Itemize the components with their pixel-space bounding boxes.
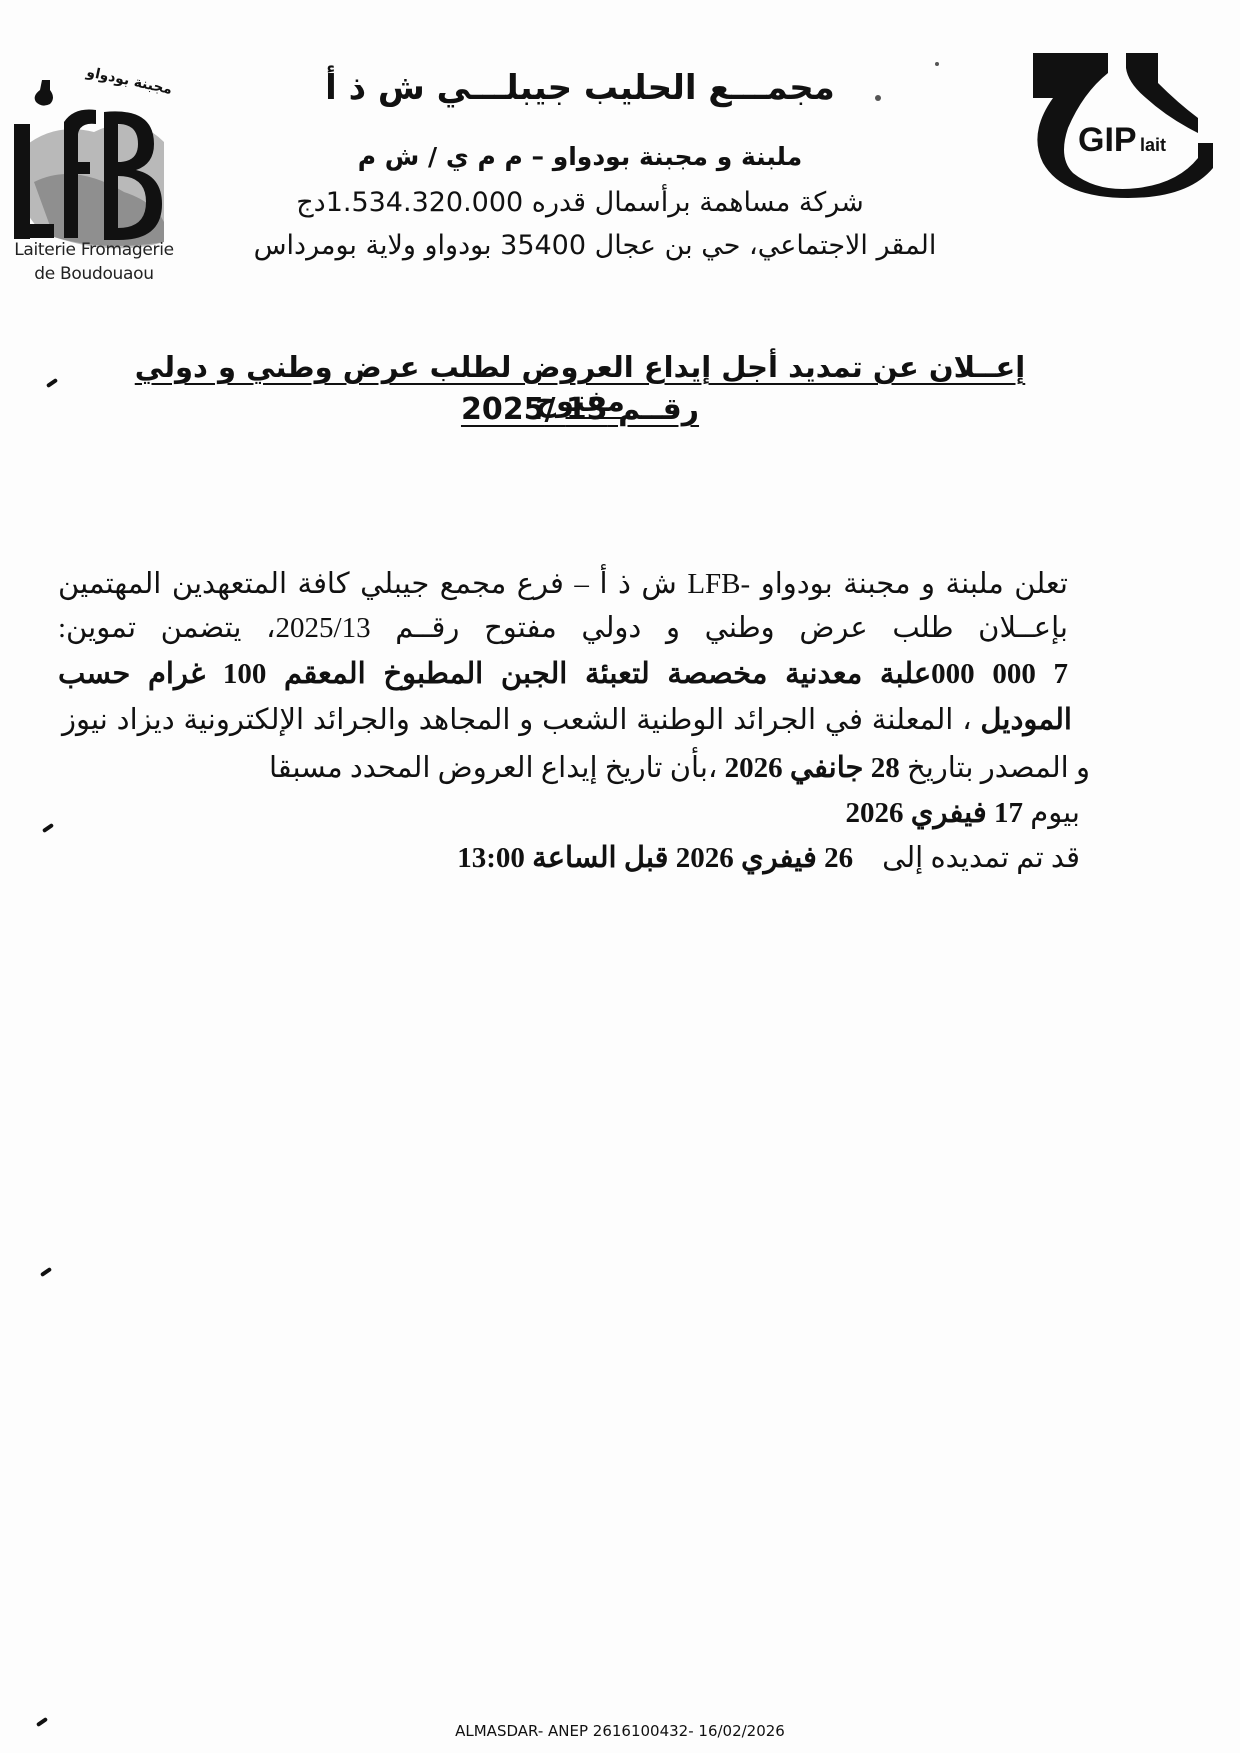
scan-mark bbox=[42, 823, 54, 833]
lfb-caption-line1: Laiterie Fromagerie bbox=[14, 240, 174, 260]
lfb-logo-graphic: ملبنة و مجبنة بودواو bbox=[14, 52, 174, 262]
body-text: قد تم تمديده إلى bbox=[853, 842, 1080, 874]
group-name-heading: مجمـــع الحليب جيبلـــي ش ذ أ bbox=[300, 68, 860, 108]
scan-speck bbox=[935, 62, 939, 66]
giplait-logo-sub: lait bbox=[1140, 135, 1166, 155]
notice-number: رقــم 13 /2025 bbox=[400, 392, 760, 427]
giplait-logo-graphic: GIP lait bbox=[1028, 48, 1218, 198]
scan-speck bbox=[875, 95, 881, 101]
body-text: بيوم bbox=[1023, 797, 1080, 829]
lfb-logo: ملبنة و مجبنة بودواو Laiterie Fromagerie… bbox=[14, 52, 174, 302]
body-text: ،بأن تاريخ إيداع العروض المحدد مسبقا bbox=[269, 752, 725, 784]
capital-line: شركة مساهمة برأسمال قدره 1.534.320.000دج bbox=[240, 187, 920, 218]
giplait-logo: GIP lait bbox=[1028, 48, 1218, 198]
publication-date: 28 جانفي 2026 bbox=[725, 752, 900, 784]
model-word: الموديل bbox=[980, 704, 1072, 736]
body-line-1: تعلن ملبنة و مجبنة بودواو -LFB ش ذ أ – ف… bbox=[58, 566, 1068, 601]
address-line: المقر الاجتماعي، حي بن عجال 35400 بودواو… bbox=[200, 230, 990, 261]
body-line-6: بيوم 17 فيفري 2026 bbox=[480, 795, 1080, 830]
lfb-caption-line2: de Boudouaou bbox=[14, 264, 174, 284]
extended-deadline: 26 فيفري 2026 قبل الساعة 13:00 bbox=[457, 842, 853, 874]
body-line-2: بإعــلان طلب عرض وطني و دولي مفتوح رقــم… bbox=[58, 610, 1068, 645]
body-text: و المصدر بتاريخ bbox=[900, 752, 1090, 784]
subsidiary-heading: ملبنة و مجبنة بودواو – م م ي / ش م bbox=[330, 142, 830, 171]
publication-text: ، المعلنة في الجرائد الوطنية الشعب و الم… bbox=[62, 704, 980, 736]
lfb-arc-text: ملبنة و مجبنة بودواو bbox=[84, 64, 174, 109]
scan-mark bbox=[40, 1267, 52, 1277]
body-line-4: الموديل ، المعلنة في الجرائد الوطنية الش… bbox=[62, 702, 1072, 737]
giplait-logo-main: GIP bbox=[1078, 121, 1137, 159]
publication-reference-footer: ALMASDAR- ANEP 2616100432- 16/02/2026 bbox=[0, 1722, 1240, 1740]
body-line-7: قد تم تمديده إلى 26 فيفري 2026 قبل الساع… bbox=[280, 840, 1080, 875]
scan-mark bbox=[46, 378, 58, 388]
body-line-5: و المصدر بتاريخ 28 جانفي 2026 ،بأن تاريخ… bbox=[80, 750, 1090, 785]
body-line-3-supply-item: 7 000 000علبة معدنية مخصصة لتعبئة الجبن … bbox=[58, 656, 1068, 691]
original-deadline: 17 فيفري 2026 bbox=[846, 797, 1023, 829]
